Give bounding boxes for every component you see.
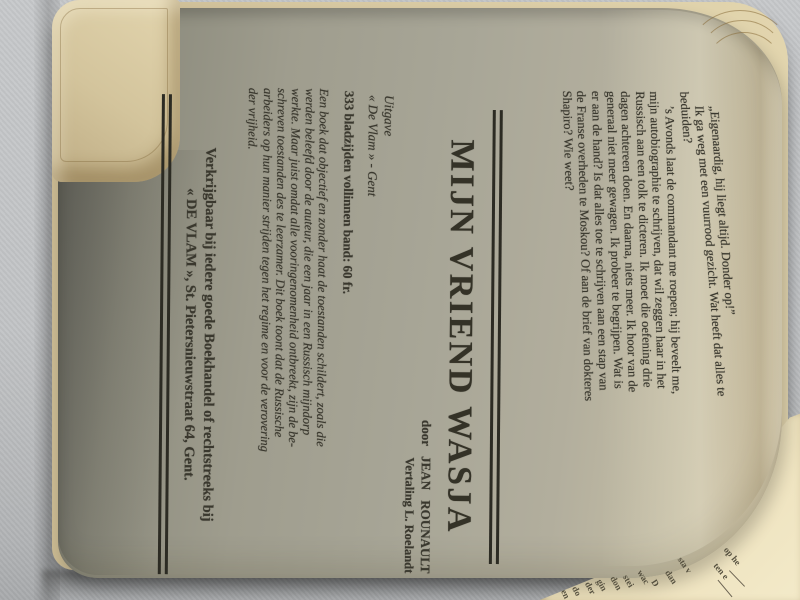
availability-note: Verkrijgbaar bij iedere goede Boekhandel… <box>178 87 220 581</box>
byline: door JEAN ROUNAULT Vertaling L. Roelandt <box>401 89 437 583</box>
book-blurb: Een boek dat objectief en zonder haat de… <box>242 88 331 563</box>
page-corner-crease-line <box>60 8 168 162</box>
whitespace <box>499 90 559 584</box>
article-ending-paragraphs: „Eigenaardig, hij liegt altijd. Donder o… <box>555 91 720 574</box>
book-photo-scene: „Eigenaardig, hij liegt altijd. Donder o… <box>0 0 800 600</box>
edition-info: 333 bladzijden vollinnen band: 60 fr. <box>337 89 357 583</box>
availability-line-1: Verkrijgbaar bij iedere goede Boekhandel… <box>197 87 220 581</box>
page-text-block: „Eigenaardig, hij liegt altijd. Donder o… <box>166 87 720 586</box>
article-paragraph: ’s Avonds laat de commandant me roepen; … <box>559 91 688 574</box>
publisher-block: Uitgave « De Vlam » - Gent <box>361 89 397 583</box>
rotated-page-content: „Eigenaardig, hij liegt altijd. Donder o… <box>170 92 720 586</box>
book-ad-title: MIJN VRIEND WASJA <box>439 90 481 584</box>
